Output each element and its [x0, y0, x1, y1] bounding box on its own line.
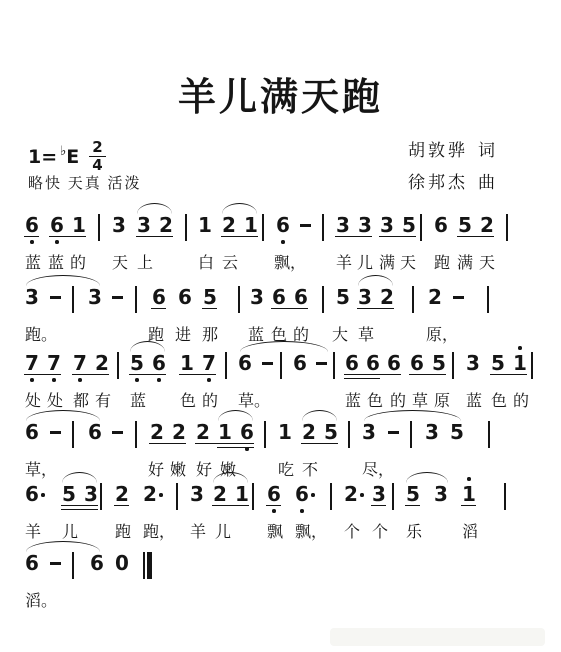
music-system: 66133212163335652蓝蓝的天上白云飘，羊儿满天跑满天	[0, 215, 561, 275]
lyric-syllable: 满	[457, 250, 473, 273]
barline	[506, 214, 508, 241]
note-digit: 1	[513, 353, 527, 373]
lyric-syllable: 那	[202, 322, 218, 345]
octave-dot-above	[467, 477, 471, 481]
beam-underline	[61, 505, 98, 506]
note-digit: 6	[345, 353, 359, 373]
octave-dot-below	[207, 378, 211, 382]
duration-dash	[112, 296, 123, 299]
note-digit: 1	[462, 484, 476, 504]
note-digit: 3	[84, 484, 98, 504]
barline	[333, 352, 335, 379]
barline	[322, 214, 324, 241]
note-digit: 5	[336, 287, 350, 307]
note-digit: 6	[152, 287, 166, 307]
music-system: 777256176666665351处处都有蓝色的草。蓝色的草原蓝色的	[0, 353, 561, 413]
lyric-syllable: 跑，	[143, 519, 175, 542]
note-digit: 3	[250, 287, 264, 307]
beam-underline	[179, 374, 216, 375]
note-digit: 2	[115, 484, 129, 504]
octave-dot-below	[78, 378, 82, 382]
note-digit: 2	[150, 422, 164, 442]
barline	[117, 352, 119, 379]
duration-dash	[388, 431, 399, 434]
note-digit: 3	[434, 484, 448, 504]
barline	[452, 352, 454, 379]
note-digit: 6	[293, 353, 307, 373]
barline	[238, 286, 240, 313]
barline	[412, 286, 414, 313]
note-digit: 6	[152, 353, 166, 373]
lyric-syllable: 处	[47, 388, 63, 411]
note-digit: 5	[203, 287, 217, 307]
note-digit: 2	[344, 484, 358, 504]
lyric-syllable: 的	[70, 250, 86, 273]
lyric-syllable: 原	[434, 388, 450, 411]
barline	[330, 483, 332, 510]
note-digit: 3	[466, 353, 480, 373]
final-barline-thick	[147, 552, 152, 579]
note-digit: 0	[115, 553, 129, 573]
barline	[262, 214, 264, 241]
note-digit: 5	[130, 353, 144, 373]
note-digit: 3	[358, 215, 372, 235]
lyric-syllable: 尽，	[362, 457, 394, 480]
lyric-syllable: 飘，	[274, 250, 306, 273]
note-digit: 6	[272, 287, 286, 307]
note-digit: 5	[458, 215, 472, 235]
slur-tie-arc	[137, 203, 172, 214]
duration-dash	[112, 431, 123, 434]
note-digit: 5	[406, 484, 420, 504]
note-digit: 7	[25, 353, 39, 373]
lyric-syllable: 蓝	[466, 388, 482, 411]
note-digit: 3	[137, 215, 151, 235]
lyric-syllable: 原，	[426, 322, 458, 345]
augmentation-dot	[159, 493, 163, 497]
note-digit: 1	[72, 215, 86, 235]
note-digit: 3	[380, 215, 394, 235]
music-system: 660滔。	[0, 553, 561, 613]
note-digit: 1	[235, 484, 249, 504]
note-digit: 3	[358, 287, 372, 307]
lyric-syllable: 大	[332, 322, 348, 345]
beam-underline	[344, 374, 401, 375]
notation-score: 66133212163335652蓝蓝的天上白云飘，羊儿满天跑满天3366536…	[0, 0, 561, 652]
beam-underline	[149, 443, 186, 444]
octave-dot-below	[52, 378, 56, 382]
beam-underline-2	[61, 509, 98, 510]
lyric-syllable: 羊	[190, 519, 206, 542]
note-digit: 1	[218, 422, 232, 442]
lyric-syllable: 儿	[215, 519, 231, 542]
lyric-syllable: 都	[73, 388, 89, 411]
beam-underline	[490, 374, 527, 375]
barline	[185, 214, 187, 241]
note-digit: 6	[267, 484, 281, 504]
note-digit: 5	[402, 215, 416, 235]
lyric-syllable: 草	[358, 322, 374, 345]
barline	[98, 214, 100, 241]
beam-underline	[202, 308, 217, 309]
lyric-syllable: 云	[222, 250, 238, 273]
barline	[488, 421, 490, 448]
note-digit: 6	[88, 422, 102, 442]
note-digit: 6	[434, 215, 448, 235]
barline	[176, 483, 178, 510]
octave-dot-below	[135, 378, 139, 382]
lyric-syllable: 跑	[115, 519, 131, 542]
lyric-syllable: 色	[491, 388, 507, 411]
lyric-syllable: 蓝	[25, 250, 41, 273]
beam-underline	[335, 236, 372, 237]
note-digit: 3	[372, 484, 386, 504]
lyric-syllable: 天	[112, 250, 128, 273]
sheet-music-page: 羊儿满天跑 1=♭E 2 4 略快 天真 活泼 胡敦骅词 徐邦杰曲 661332…	[0, 0, 561, 652]
beam-underline	[151, 308, 166, 309]
note-digit: 6	[294, 287, 308, 307]
note-digit: 2	[172, 422, 186, 442]
note-digit: 6	[387, 353, 401, 373]
lyric-syllable: 嫩	[170, 457, 186, 480]
note-digit: 2	[222, 215, 236, 235]
duration-dash	[262, 362, 273, 365]
beam-underline	[457, 236, 494, 237]
beam-underline-2	[344, 378, 380, 379]
note-digit: 6	[240, 422, 254, 442]
note-digit: 5	[491, 353, 505, 373]
beam-underline	[357, 308, 394, 309]
slur-tie-arc	[26, 275, 100, 286]
barline	[420, 214, 422, 241]
lyric-syllable: 天	[400, 250, 416, 273]
lyric-syllable: 蓝	[130, 388, 146, 411]
lyric-syllable: 儿	[62, 519, 78, 542]
lyric-syllable: 飘	[267, 519, 283, 542]
barline	[410, 421, 412, 448]
note-digit: 7	[202, 353, 216, 373]
octave-dot-above	[518, 346, 522, 350]
note-digit: 5	[432, 353, 446, 373]
note-digit: 2	[480, 215, 494, 235]
octave-dot-below	[281, 240, 285, 244]
duration-dash	[453, 296, 464, 299]
octave-dot-below	[30, 240, 34, 244]
note-digit: 5	[62, 484, 76, 504]
lyric-syllable: 好	[196, 457, 212, 480]
barline	[72, 286, 74, 313]
beam-underline	[136, 236, 173, 237]
lyric-syllable: 色	[180, 388, 196, 411]
music-system: 336653665322跑。跑进那蓝色的大草原，	[0, 287, 561, 347]
lyric-syllable: 蓝	[345, 388, 361, 411]
beam-underline	[114, 505, 129, 506]
duration-dash	[300, 224, 311, 227]
beam-underline	[301, 443, 338, 444]
octave-dot-below	[55, 240, 59, 244]
lyric-syllable: 色	[367, 388, 383, 411]
lyric-syllable: 有	[95, 388, 111, 411]
beam-underline	[266, 505, 281, 506]
barline	[392, 483, 394, 510]
slur-tie-arc	[222, 203, 257, 214]
note-digit: 1	[180, 353, 194, 373]
lyric-syllable: 跑。	[25, 322, 57, 345]
beam-underline	[24, 374, 61, 375]
note-digit: 6	[50, 215, 64, 235]
lyric-syllable: 吃	[278, 457, 294, 480]
beam-underline	[221, 236, 258, 237]
note-digit: 2	[143, 484, 157, 504]
beam-underline	[379, 236, 416, 237]
note-digit: 3	[190, 484, 204, 504]
beam-underline	[405, 505, 420, 506]
augmentation-dot	[311, 493, 315, 497]
lyric-syllable: 满	[379, 250, 395, 273]
lyric-syllable: 羊	[25, 519, 41, 542]
note-digit: 1	[278, 422, 292, 442]
note-digit: 1	[244, 215, 258, 235]
barline	[280, 352, 282, 379]
lyric-syllable: 进	[175, 322, 191, 345]
augmentation-dot	[360, 493, 364, 497]
barline	[100, 483, 102, 510]
barline	[72, 552, 74, 579]
barline	[252, 483, 254, 510]
barline	[225, 352, 227, 379]
note-digit: 6	[410, 353, 424, 373]
barline	[348, 421, 350, 448]
duration-dash	[50, 562, 61, 565]
note-digit: 2	[159, 215, 173, 235]
music-system: 653223216623531羊儿跑跑，羊儿飘飘，个个乐滔	[0, 484, 561, 544]
beam-underline	[49, 236, 86, 237]
lyric-syllable: 乐	[406, 519, 422, 542]
beam-underline	[371, 505, 386, 506]
lyric-syllable: 好	[148, 457, 164, 480]
note-digit: 6	[25, 422, 39, 442]
lyric-syllable: 天	[479, 250, 495, 273]
note-digit: 3	[336, 215, 350, 235]
note-digit: 3	[25, 287, 39, 307]
octave-dot-below	[157, 378, 161, 382]
lyric-syllable: 跑	[434, 250, 450, 273]
barline	[135, 421, 137, 448]
barline	[135, 286, 137, 313]
lyric-syllable: 个	[344, 519, 360, 542]
lyric-syllable: 草，	[25, 457, 57, 480]
note-digit: 6	[295, 484, 309, 504]
barline	[72, 421, 74, 448]
lyric-syllable: 的	[390, 388, 406, 411]
beam-underline	[129, 374, 166, 375]
lyric-syllable: 儿	[357, 250, 373, 273]
note-digit: 6	[366, 353, 380, 373]
duration-dash	[50, 431, 61, 434]
note-digit: 2	[302, 422, 316, 442]
lyric-syllable: 滔。	[25, 588, 57, 611]
note-digit: 1	[198, 215, 212, 235]
duration-dash	[316, 362, 327, 365]
lyric-syllable: 飘，	[295, 519, 327, 542]
lyric-syllable: 白	[198, 250, 214, 273]
note-digit: 6	[25, 484, 39, 504]
note-digit: 3	[88, 287, 102, 307]
note-digit: 5	[450, 422, 464, 442]
beam-underline	[409, 374, 446, 375]
note-digit: 2	[196, 422, 210, 442]
augmentation-dot	[41, 493, 45, 497]
lyric-syllable: 滔	[462, 519, 478, 542]
note-digit: 2	[95, 353, 109, 373]
note-digit: 3	[112, 215, 126, 235]
lyric-syllable: 的	[513, 388, 529, 411]
note-digit: 6	[25, 553, 39, 573]
barline	[504, 483, 506, 510]
slur-tie-arc	[358, 275, 393, 286]
note-digit: 3	[362, 422, 376, 442]
lyric-syllable: 草。	[238, 388, 270, 411]
final-barline-thin	[143, 552, 145, 579]
lyric-syllable: 处	[25, 388, 41, 411]
barline	[531, 352, 533, 379]
beam-underline	[461, 505, 476, 506]
octave-dot-below	[300, 509, 304, 513]
note-digit: 6	[178, 287, 192, 307]
octave-dot-below	[30, 378, 34, 382]
note-digit: 3	[425, 422, 439, 442]
lyric-syllable: 草	[412, 388, 428, 411]
note-digit: 6	[90, 553, 104, 573]
note-digit: 6	[238, 353, 252, 373]
barline	[264, 421, 266, 448]
lyric-syllable: 羊	[336, 250, 352, 273]
octave-dot-below	[272, 509, 276, 513]
beam-underline	[271, 308, 308, 309]
note-digit: 6	[25, 215, 39, 235]
lyric-syllable: 不	[302, 457, 318, 480]
note-digit: 2	[213, 484, 227, 504]
note-digit: 2	[428, 287, 442, 307]
beam-underline	[72, 374, 109, 375]
beam-underline-2	[217, 447, 254, 448]
note-digit: 6	[276, 215, 290, 235]
beam-underline	[195, 443, 254, 444]
note-digit: 7	[73, 353, 87, 373]
barline	[487, 286, 489, 313]
beam-underline	[212, 505, 249, 506]
note-digit: 7	[47, 353, 61, 373]
note-digit: 2	[380, 287, 394, 307]
watermark-smudge	[330, 628, 545, 646]
note-digit: 5	[324, 422, 338, 442]
barline	[322, 286, 324, 313]
beam-underline	[24, 236, 39, 237]
lyric-syllable: 的	[202, 388, 218, 411]
lyric-syllable: 个	[372, 519, 388, 542]
lyric-syllable: 蓝	[48, 250, 64, 273]
duration-dash	[50, 296, 61, 299]
lyric-syllable: 上	[137, 250, 153, 273]
